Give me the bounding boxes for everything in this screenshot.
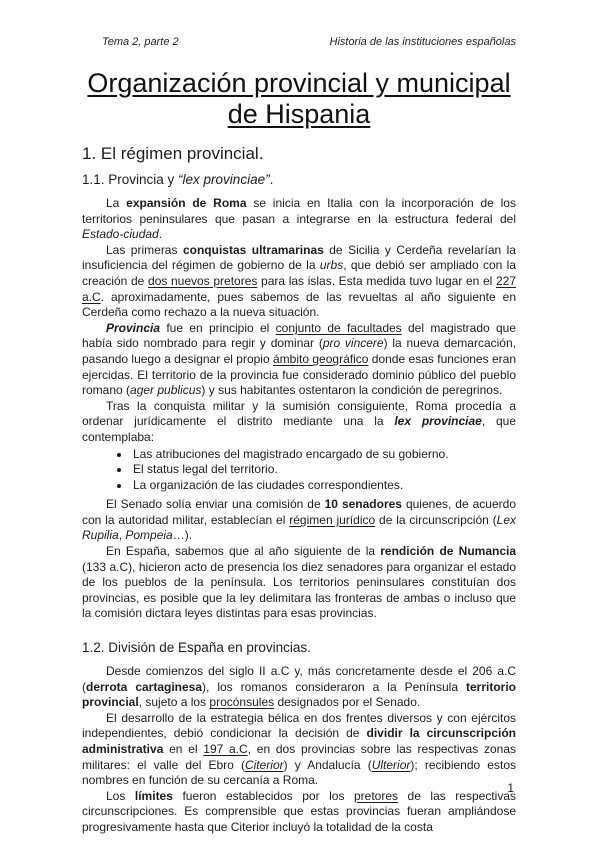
text-run: Ulterior bbox=[372, 758, 411, 772]
paragraph: El desarrollo de la estrategia bélica en… bbox=[82, 711, 516, 789]
document-body: 1. El régimen provincial.1.1. Provincia … bbox=[82, 144, 516, 836]
paragraph: En España, sabemos que al año siguiente … bbox=[82, 544, 516, 622]
document-page: Tema 2, parte 2 Historia de las instituc… bbox=[0, 0, 599, 848]
text-run: 197 a.C bbox=[203, 742, 247, 756]
header-left-text: Tema 2, parte 2 bbox=[102, 36, 179, 49]
subsection-heading: 1.2. División de España en provincias. bbox=[82, 639, 516, 656]
paragraph: Las primeras conquistas ultramarinas de … bbox=[82, 243, 516, 321]
text-run: urbs bbox=[320, 258, 343, 272]
bullet-item: El status legal del territorio. bbox=[131, 462, 516, 478]
text-run: Estado-ciudad bbox=[82, 227, 159, 241]
text-run: En España, sabemos que al año siguiente … bbox=[106, 544, 380, 558]
text-run: Citerior bbox=[245, 758, 284, 772]
text-run: ager publicus bbox=[130, 383, 201, 397]
page-number: 1 bbox=[507, 781, 514, 795]
text-run: expansión de Roma bbox=[126, 196, 246, 210]
text-run: rendición de Numancia bbox=[380, 544, 516, 558]
text-run: . aproximadamente, pues sabemos de las r… bbox=[82, 290, 516, 320]
text-run: régimen jurídico bbox=[289, 513, 375, 527]
text-run: 10 senadores bbox=[325, 497, 402, 511]
paragraph: Los límites fueron establecidos por los … bbox=[82, 789, 516, 836]
text-run: ) y sus habitantes ostentaron la condici… bbox=[201, 383, 502, 397]
text-run: 1.2. División de España en provincias. bbox=[82, 640, 311, 655]
text-run: Los bbox=[106, 789, 135, 803]
paragraph: La expansión de Roma se inicia en Italia… bbox=[82, 196, 516, 243]
text-run: Pompeia bbox=[125, 528, 172, 542]
text-run: El Senado solía enviar una comisión de bbox=[106, 497, 325, 511]
text-run: de la circunscripción ( bbox=[375, 513, 496, 527]
text-run: . bbox=[159, 227, 162, 241]
page-header: Tema 2, parte 2 Historia de las instituc… bbox=[82, 36, 516, 49]
text-run: ) y Andalucía ( bbox=[284, 758, 372, 772]
text-run: límites bbox=[135, 789, 173, 803]
text-run: en el bbox=[163, 742, 203, 756]
text-run: designados por el Senado. bbox=[274, 695, 420, 709]
text-run: procónsules bbox=[209, 695, 274, 709]
text-run: Las atribuciones del magistrado encargad… bbox=[133, 447, 449, 461]
text-run: La organización de las ciudades correspo… bbox=[133, 478, 403, 492]
paragraph: Provincia fue en principio el conjunto d… bbox=[82, 321, 516, 399]
text-run: lex provinciae bbox=[394, 414, 482, 428]
text-run: conjunto de facultades bbox=[276, 321, 402, 335]
text-run: 1.1. Provincia y bbox=[82, 172, 178, 187]
text-run: derrota cartaginesa bbox=[86, 680, 202, 694]
document-title: Organización provincial y municipal de H… bbox=[82, 68, 516, 130]
text-run: ), los romanos consideraron a la Penínsu… bbox=[202, 680, 466, 694]
text-run: para las islas. Esta medida tuvo lugar e… bbox=[257, 274, 496, 288]
text-run: …). bbox=[173, 528, 192, 542]
text-run: 1. El régimen provincial. bbox=[82, 144, 263, 163]
text-run: fueron establecidos por los bbox=[173, 789, 354, 803]
text-run: Las primeras bbox=[106, 243, 183, 257]
text-run: , sujeto a los bbox=[139, 695, 210, 709]
section-heading: 1. El régimen provincial. bbox=[82, 144, 516, 164]
text-run: dos nuevos pretores bbox=[148, 274, 257, 288]
text-run: fue en principio el bbox=[160, 321, 276, 335]
text-run: Provincia bbox=[106, 321, 160, 335]
paragraph: Tras la conquista militar y la sumisión … bbox=[82, 399, 516, 446]
text-run: pro vincere bbox=[323, 336, 384, 350]
text-run: (133 a.C), hicieron acto de presencia lo… bbox=[82, 560, 516, 621]
text-run: La bbox=[106, 196, 126, 210]
paragraph: El Senado solía enviar una comisión de 1… bbox=[82, 497, 516, 544]
bullet-item: Las atribuciones del magistrado encargad… bbox=[131, 447, 516, 463]
text-run: pretores bbox=[354, 789, 398, 803]
text-run: conquistas ultramarinas bbox=[183, 243, 324, 257]
paragraph: Desde comienzos del siglo II a.C y, más … bbox=[82, 664, 516, 711]
text-run: ámbito geográfico bbox=[273, 352, 368, 366]
header-right-text: Historia de las instituciones españolas bbox=[330, 36, 517, 49]
text-run: . bbox=[270, 172, 274, 187]
bullet-item: La organización de las ciudades correspo… bbox=[131, 478, 516, 494]
text-run: El status legal del territorio. bbox=[133, 462, 278, 476]
text-run: “lex provinciae” bbox=[178, 172, 270, 187]
bullet-list: Las atribuciones del magistrado encargad… bbox=[82, 447, 516, 494]
subsection-heading: 1.1. Provincia y “lex provinciae”. bbox=[82, 171, 516, 188]
